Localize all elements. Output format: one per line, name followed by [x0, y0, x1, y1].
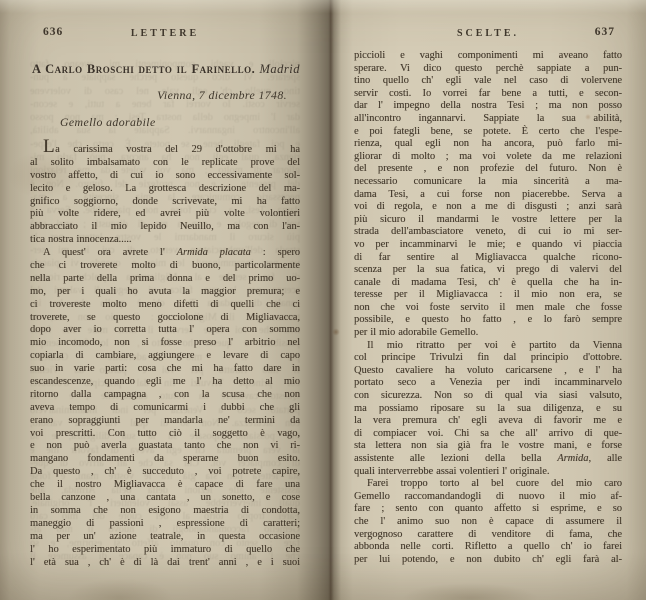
- letter-addressee: A Carlo Broschi detto il Farinello. Madr…: [32, 62, 300, 77]
- text-line: vostro affetto, di cui io sono eccessiva…: [30, 170, 300, 183]
- text-line: voi di regola, e non a me di disgusti ; …: [354, 201, 622, 214]
- text-line: portato seco a Venezia per indi incammin…: [354, 377, 622, 390]
- text-line: Da questo , ch' è succeduto , voi potret…: [30, 466, 300, 479]
- running-title-left: LETTERE: [30, 28, 300, 39]
- text-line: dopo aver io corretta tutta l' opera con…: [30, 324, 300, 337]
- text-line: per il mio adorabile Gemello.: [354, 327, 622, 340]
- letter-dateline: Vienna, 7 dicembre 1748.: [30, 88, 287, 103]
- text-line: nella parte della prima donna e del prim…: [30, 273, 300, 286]
- text-line: col principe Trivulzi fin dal principio …: [354, 352, 622, 365]
- text-line: gnifico soggiorno, donde scrivevate, mi …: [30, 196, 300, 209]
- text-line: erano sopraggiunti per mandarla ne' term…: [30, 415, 300, 428]
- text-line: piccioli e vaghi componimenti mi aveano …: [354, 50, 622, 63]
- letter-salutation: Gemello adorabile: [60, 115, 156, 130]
- text-line: che l' animo suo non è capace di assumer…: [354, 516, 622, 529]
- text-line: aveva tempo di comunicarmi i dubbi che g…: [30, 402, 300, 415]
- text-line: abbracciato il mio lepido Neuillo, ma co…: [30, 221, 300, 234]
- text-line: ma per un' azione teatrale, in questa oc…: [30, 531, 300, 544]
- text-line: sperare. Vi dico questo perchè sappiate …: [354, 63, 622, 76]
- text-line: più volte ridere, ed avrei più volte vol…: [30, 208, 300, 221]
- text-line: possibile, e questo ho fatto , e lo farò…: [354, 314, 622, 327]
- text-line: escandescenze, quando egli me l' ha dett…: [30, 376, 300, 389]
- text-line: in somma che non esigono maestria di con…: [30, 505, 300, 518]
- letter-body-left: La carissima vostra del 29 d'ottobre mi …: [30, 144, 300, 569]
- text-line: Il mio ritratto per voi è partito da Vie…: [354, 340, 622, 353]
- text-line: lecito e geloso. La grottesca descrizion…: [30, 183, 300, 196]
- text-line: e non può averla guastata tanto che non …: [30, 440, 300, 453]
- text-line: troverete, se questo gocciolone di Migli…: [30, 312, 300, 325]
- text-line: al solito imbalsamato con le replicate p…: [30, 157, 300, 170]
- addressee-text: A Carlo Broschi detto il Farinello.: [32, 62, 255, 76]
- text-line: più sicuro il mandarmi le vostre lettere…: [354, 214, 622, 227]
- text-line: strada dell'ambasciatore veneto, di cui …: [354, 226, 622, 239]
- text-line: sta lettera non sia già fra le vostre ma…: [354, 440, 622, 453]
- text-line: canale di madama Tesi, ch' è quella che …: [354, 277, 622, 290]
- text-line: bella canzone , una cantata , un sonetto…: [30, 492, 300, 505]
- page-left: piccioli e vaghi componimenti mi aveano …: [30, 0, 300, 600]
- text-line: Questo cavaliere ha voluto caricarsene ,…: [354, 365, 622, 378]
- text-line: abbonda nelle corti. Rifletto a quello c…: [354, 541, 622, 554]
- text-line: mangano fondamenti da sperarne buon esit…: [30, 453, 300, 466]
- text-line: necessario comunicare la mia sincerità a…: [354, 176, 622, 189]
- addressee-place: Madrid: [260, 62, 301, 76]
- text-line: l' età sua , ch' è di là dai trent' anni…: [30, 557, 300, 570]
- text-line: copiarla di cambiare, aggiungere e levar…: [30, 350, 300, 363]
- text-line: dar l' impegno della nostra Tesi ; ma no…: [354, 100, 622, 113]
- text-line: suo in varie parti: cosa che mi ha fatto…: [30, 363, 300, 376]
- text-line: che ci troverete molto di buono, partico…: [30, 260, 300, 273]
- text-line: gliorar di molto ; ma voi volete da me r…: [354, 151, 622, 164]
- text-line: non che voi foste servito il men male ch…: [354, 302, 622, 315]
- text-line: mo, per i quali ho avuta la maggior prem…: [30, 286, 300, 299]
- text-line: voi prescritti. Con tutto ciò il soggett…: [30, 428, 300, 441]
- text-line: fare ; sento con quanto affetto si espri…: [354, 503, 622, 516]
- text-line: che il nostro Migliavacca è capace di fa…: [30, 479, 300, 492]
- page-right: 637 SCELTE. piccioli e vaghi componiment…: [354, 0, 622, 600]
- book-scan: piccioli e vaghi componimenti mi aveano …: [0, 0, 646, 600]
- text-line: teresse per il Migliavacca : il mio non …: [354, 289, 622, 302]
- text-line: quali interverrebbe assai volentieri l' …: [354, 466, 622, 479]
- letter-body-right: piccioli e vaghi componimenti mi aveano …: [354, 50, 622, 566]
- raised-capital: L: [43, 136, 55, 157]
- text-line: rienza, qual egli non ha ancora, può far…: [354, 138, 622, 151]
- text-line: ma possiamo riposare su la sua diligenza…: [354, 403, 622, 416]
- text-line: la vera premura ch' egli aveva di favori…: [354, 415, 622, 428]
- text-line: di compiacer voi. Chi sa che all' arrivo…: [354, 428, 622, 441]
- text-line: assistente alle lezioni della bella Armi…: [354, 453, 622, 466]
- text-line: servir costì. Io vorrei far bene a tutti…: [354, 88, 622, 101]
- text-line: ritorno dalla campagna , con la scusa ch…: [30, 389, 300, 402]
- text-line: con sicurezza. Non so di qual via siasi …: [354, 390, 622, 403]
- text-line: A quest' ora avrete l' Armida placata : …: [30, 247, 300, 260]
- text-line: ci trovereste molto meno difetti di quel…: [30, 299, 300, 312]
- text-line: Gemello raccomandandogli di nuovo il mio…: [354, 491, 622, 504]
- text-line: l' ho esperimentato più immaturo di quel…: [30, 544, 300, 557]
- running-title-right: SCELTE.: [354, 28, 622, 39]
- text-line: di far sentire al Migliavacca qualche ri…: [354, 252, 622, 265]
- text-line: all'incontro ingannarvi. Sappiate la sua…: [354, 113, 622, 126]
- text-line: vergognoso carattere di venditore di fam…: [354, 529, 622, 542]
- text-line: scenza per la sua fatica, vi prego di va…: [354, 264, 622, 277]
- text-line: Farei troppo torto al bel cuore del mio …: [354, 478, 622, 491]
- text-line: La carissima vostra del 29 d'ottobre mi …: [30, 144, 300, 157]
- text-line: maneggio di passioni , espressione di ca…: [30, 518, 300, 531]
- text-line: tino quello ch' egli vale nel caso di vo…: [354, 75, 622, 88]
- text-line: per lui potendo, e non dubito ch' egli f…: [354, 554, 622, 567]
- text-line: mio incomodo, non si fosse preso l' arbi…: [30, 337, 300, 350]
- text-line: del presente , e non profezie del futuro…: [354, 163, 622, 176]
- text-line: vo per incamminarvi le mie; e quando vi …: [354, 239, 622, 252]
- text-line: tica nostra innocenza.....: [30, 234, 300, 247]
- text-line: dama Tesi, a cui forse non piacerebbe. S…: [354, 189, 622, 202]
- text-line: e poi fategli bene, se potete. È certo c…: [354, 126, 622, 139]
